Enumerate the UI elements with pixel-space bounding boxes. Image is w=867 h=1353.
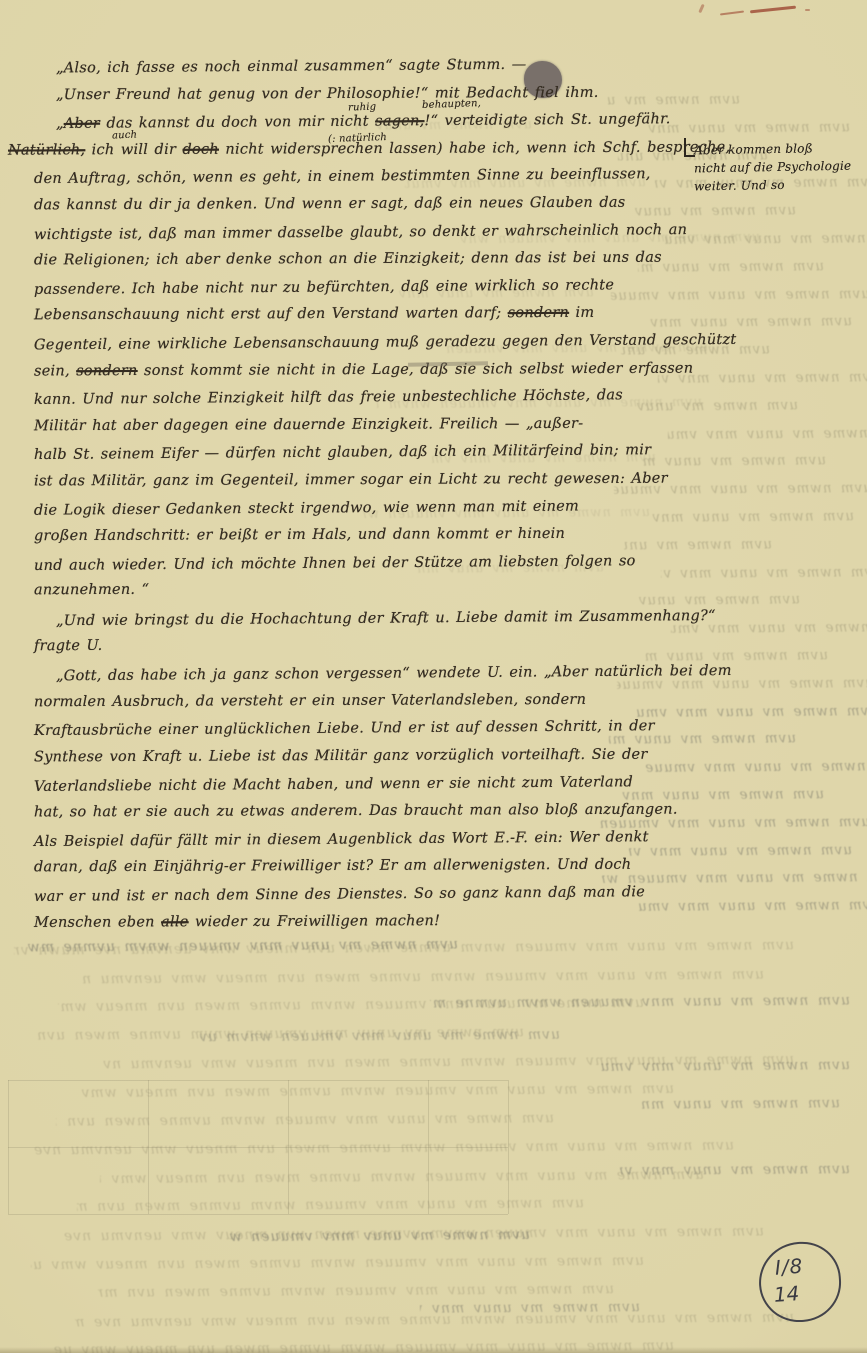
bleed-through-line: uvm nwme mv unuv mnv vmuuen wnvm uvmne m… <box>646 758 867 776</box>
manuscript-line: anzunehmen. “ <box>34 582 149 599</box>
bleed-through-line: uvm nwme mv unuv mnv vmuuen wnvm uvmne m… <box>648 314 852 331</box>
line-text: „ <box>56 116 64 132</box>
line-text: im <box>569 305 594 321</box>
manuscript-page: uvm nwme mv unuv mnv vmuuen wnvm uvmne m… <box>0 0 867 1353</box>
bleed-through-line: uvm nwme mv unuv mnv vmuuen wnvm uvmne m… <box>28 936 458 955</box>
bleed-through-line: uvm nwme mv unuv mnv vmuuen wnvm uvmne m… <box>638 258 824 275</box>
struck-word: sagen, <box>375 113 425 129</box>
verso-grid-line <box>8 1080 508 1081</box>
manuscript-line: „Unser Freund hat genug von der Philosop… <box>56 84 599 102</box>
inserted-word: ruhig <box>348 102 377 114</box>
stamp-page-number: 14 <box>773 1281 800 1307</box>
bleed-through-line: uvm nwme mv unuv mnv vmuuen wnvm uvmne m… <box>634 592 800 609</box>
stamp-folder-number: I/8 <box>774 1254 804 1280</box>
margin-note: Aber kommen bloßnicht auf die Psychologi… <box>694 140 854 194</box>
red-pencil-stroke <box>698 4 704 13</box>
manuscript-line: fragte U. <box>34 637 103 653</box>
bleed-through-line: uvm nwme mv unuv mnv vmuuen wnvm uvmne m… <box>56 1110 554 1129</box>
bleed-through-line: uvm nwme mv unuv mnv vmuuen wnvm uvmne m… <box>52 1338 674 1353</box>
manuscript-line: hat, so hat er sie auch zu etwas anderem… <box>34 802 678 821</box>
bleed-through-line: uvm nwme mv unuv mnv vmuuen wnvm uvmne m… <box>620 1161 850 1179</box>
struck-word: alle <box>161 914 189 930</box>
manuscript-line: normalen Ausbruch, da versteht er ein un… <box>34 692 586 710</box>
inserted-word: behaupten, <box>422 98 481 111</box>
line-text: ich will dir <box>85 142 182 158</box>
manuscript-line: war er und ist er nach dem Sinne des Die… <box>34 884 645 905</box>
bleed-through-line: uvm nwme mv unuv mnv vmuuen wnvm uvmne m… <box>639 897 867 915</box>
verso-grid-line <box>8 1080 9 1214</box>
manuscript-line: Kraftausbrüche einer unglücklichen Liebe… <box>34 719 655 740</box>
red-pencil-stroke <box>805 9 810 11</box>
bleed-through-line: uvm nwme mv unuv mnv vmuuen wnvm uvmne m… <box>668 425 867 443</box>
manuscript-line: Synthese von Kraft u. Liebe ist das Mili… <box>34 747 648 766</box>
bleed-through-line: uvm nwme mv unuv mnv vmuuen wnvm uvmne m… <box>200 1027 560 1046</box>
bleed-through-line: uvm nwme mv unuv mnv vmuuen wnvm uvmne m… <box>100 1167 704 1187</box>
bleed-through-line: uvm nwme mv unuv mnv vmuuen wnvm uvmne m… <box>628 203 796 220</box>
bleed-through-line: uvm nwme mv unuv mnv vmuuen wnvm uvmne m… <box>230 1227 530 1245</box>
manuscript-line: Militär hat aber dagegen eine dauernde E… <box>34 416 583 434</box>
bleed-through-line: uvm nwme mv unuv mnv vmuuen wnvm uvmne m… <box>644 647 828 664</box>
bleed-through-line: uvm nwme mv unuv mnv vmuuen wnvm uvmne m… <box>645 119 850 136</box>
manuscript-line: Lebensanschauung nicht erst auf den Vers… <box>34 305 594 323</box>
struck-word: Natürlich, <box>8 142 85 158</box>
manuscript-line: „Also, ich fasse es noch einmal zusammen… <box>56 57 527 77</box>
inserted-word: auch <box>112 130 138 142</box>
manuscript-line: ist das Militär, ganz im Gegenteil, imme… <box>34 471 668 490</box>
manuscript-line: Als Beispiel dafür fällt mir in diesem A… <box>34 829 649 850</box>
bleed-through-line: uvm nwme mv unuv mnv vmuuen wnvm uvmne m… <box>600 1057 850 1075</box>
line-text: das kannst du doch von mir nicht <box>100 114 375 132</box>
red-pencil-stroke <box>720 11 744 16</box>
bleed-through-line: uvm nwme mv unuv mnv vmuuen wnvm uvmne m… <box>608 92 740 109</box>
bleed-through-line: uvm nwme mv unuv mnv vmuuen wnvm uvmne m… <box>420 1299 640 1317</box>
struck-word: doch <box>182 141 219 157</box>
line-text: Menschen eben <box>34 914 161 931</box>
bleed-through-line: uvm nwme mv unuv mnv vmuuen wnvm uvmne m… <box>640 1095 840 1112</box>
margin-note-line: weiter. Und so <box>694 175 854 196</box>
manuscript-line: „Aber das kannst du doch von mir nicht s… <box>56 111 671 132</box>
struck-word: sondern <box>508 305 569 321</box>
manuscript-line: „Und wie bringst du die Hochachtung der … <box>56 608 716 629</box>
manuscript-line: daran, daß ein Einjährig-er Freiwilliger… <box>34 857 631 876</box>
manuscript-line: das kannst du dir ja denken. Und wenn er… <box>34 195 626 214</box>
manuscript-line: sein, sondern sonst kommt sie nicht in d… <box>34 360 693 379</box>
line-text: nicht widersprechen lassen) habe ich, we… <box>219 139 730 157</box>
bleed-through-line: uvm nwme mv unuv mnv vmuuen wnvm uvmne m… <box>629 842 852 860</box>
line-text: sein, <box>34 363 76 379</box>
bleed-through-line: uvm nwme mv unuv mnv vmuuen wnvm uvmne m… <box>430 993 850 1012</box>
bleed-through-line: uvm nwme mv unuv mnv vmuuen wnvm uvmne m… <box>651 508 854 525</box>
bleed-through-line: uvm nwme mv unuv mnv vmuuen wnvm uvmne m… <box>624 536 772 553</box>
bleed-through-line: uvm nwme mv unuv mnv vmuuen wnvm uvmne m… <box>81 966 764 987</box>
bleed-through-line: uvm nwme mv unuv mnv vmuuen wnvm uvmne m… <box>33 1138 734 1159</box>
line-text: wieder zu Freiwilligen machen! <box>189 913 441 930</box>
inserted-word: (: natürlich <box>328 132 387 145</box>
manuscript-line: Vaterlandsliebe nicht die Macht haben, u… <box>34 774 633 795</box>
manuscript-line: Menschen eben alle wieder zu Freiwillige… <box>34 913 440 931</box>
bleed-through-line: uvm nwme mv unuv mnv vmuuen wnvm uvmne m… <box>636 703 867 721</box>
struck-word: sondern <box>76 363 137 379</box>
manuscript-line: großen Handschritt: er beißt er im Hals,… <box>34 526 565 544</box>
struck-word: Aber <box>64 116 100 132</box>
bleed-through-line: uvm nwme mv unuv mnv vmuuen wnvm uvmne m… <box>31 1252 644 1272</box>
bleed-through-line: uvm nwme mv unuv mnv vmuuen wnvm uvmne m… <box>641 453 826 470</box>
bleed-through-line: uvm nwme mv unuv mnv vmuuen wnvm uvmne m… <box>98 1281 614 1301</box>
line-text: !“ verteidigte sich St. ungefähr. <box>424 111 670 129</box>
bleed-through-line: uvm nwme mv unuv mnv vmuuen wnvm uvmne m… <box>661 564 867 582</box>
bleed-through-line: uvm nwme mv unuv mnv vmuuen wnvm uvmne m… <box>611 286 867 304</box>
manuscript-line: die Religionen; ich aber denke schon an … <box>34 250 662 269</box>
red-pencil-stroke <box>750 6 796 14</box>
bleed-through-line: uvm nwme mv unuv mnv vmuuen wnvm uvmne m… <box>79 1081 674 1101</box>
line-text: Lebensanschauung nicht erst auf den Vers… <box>34 306 508 324</box>
